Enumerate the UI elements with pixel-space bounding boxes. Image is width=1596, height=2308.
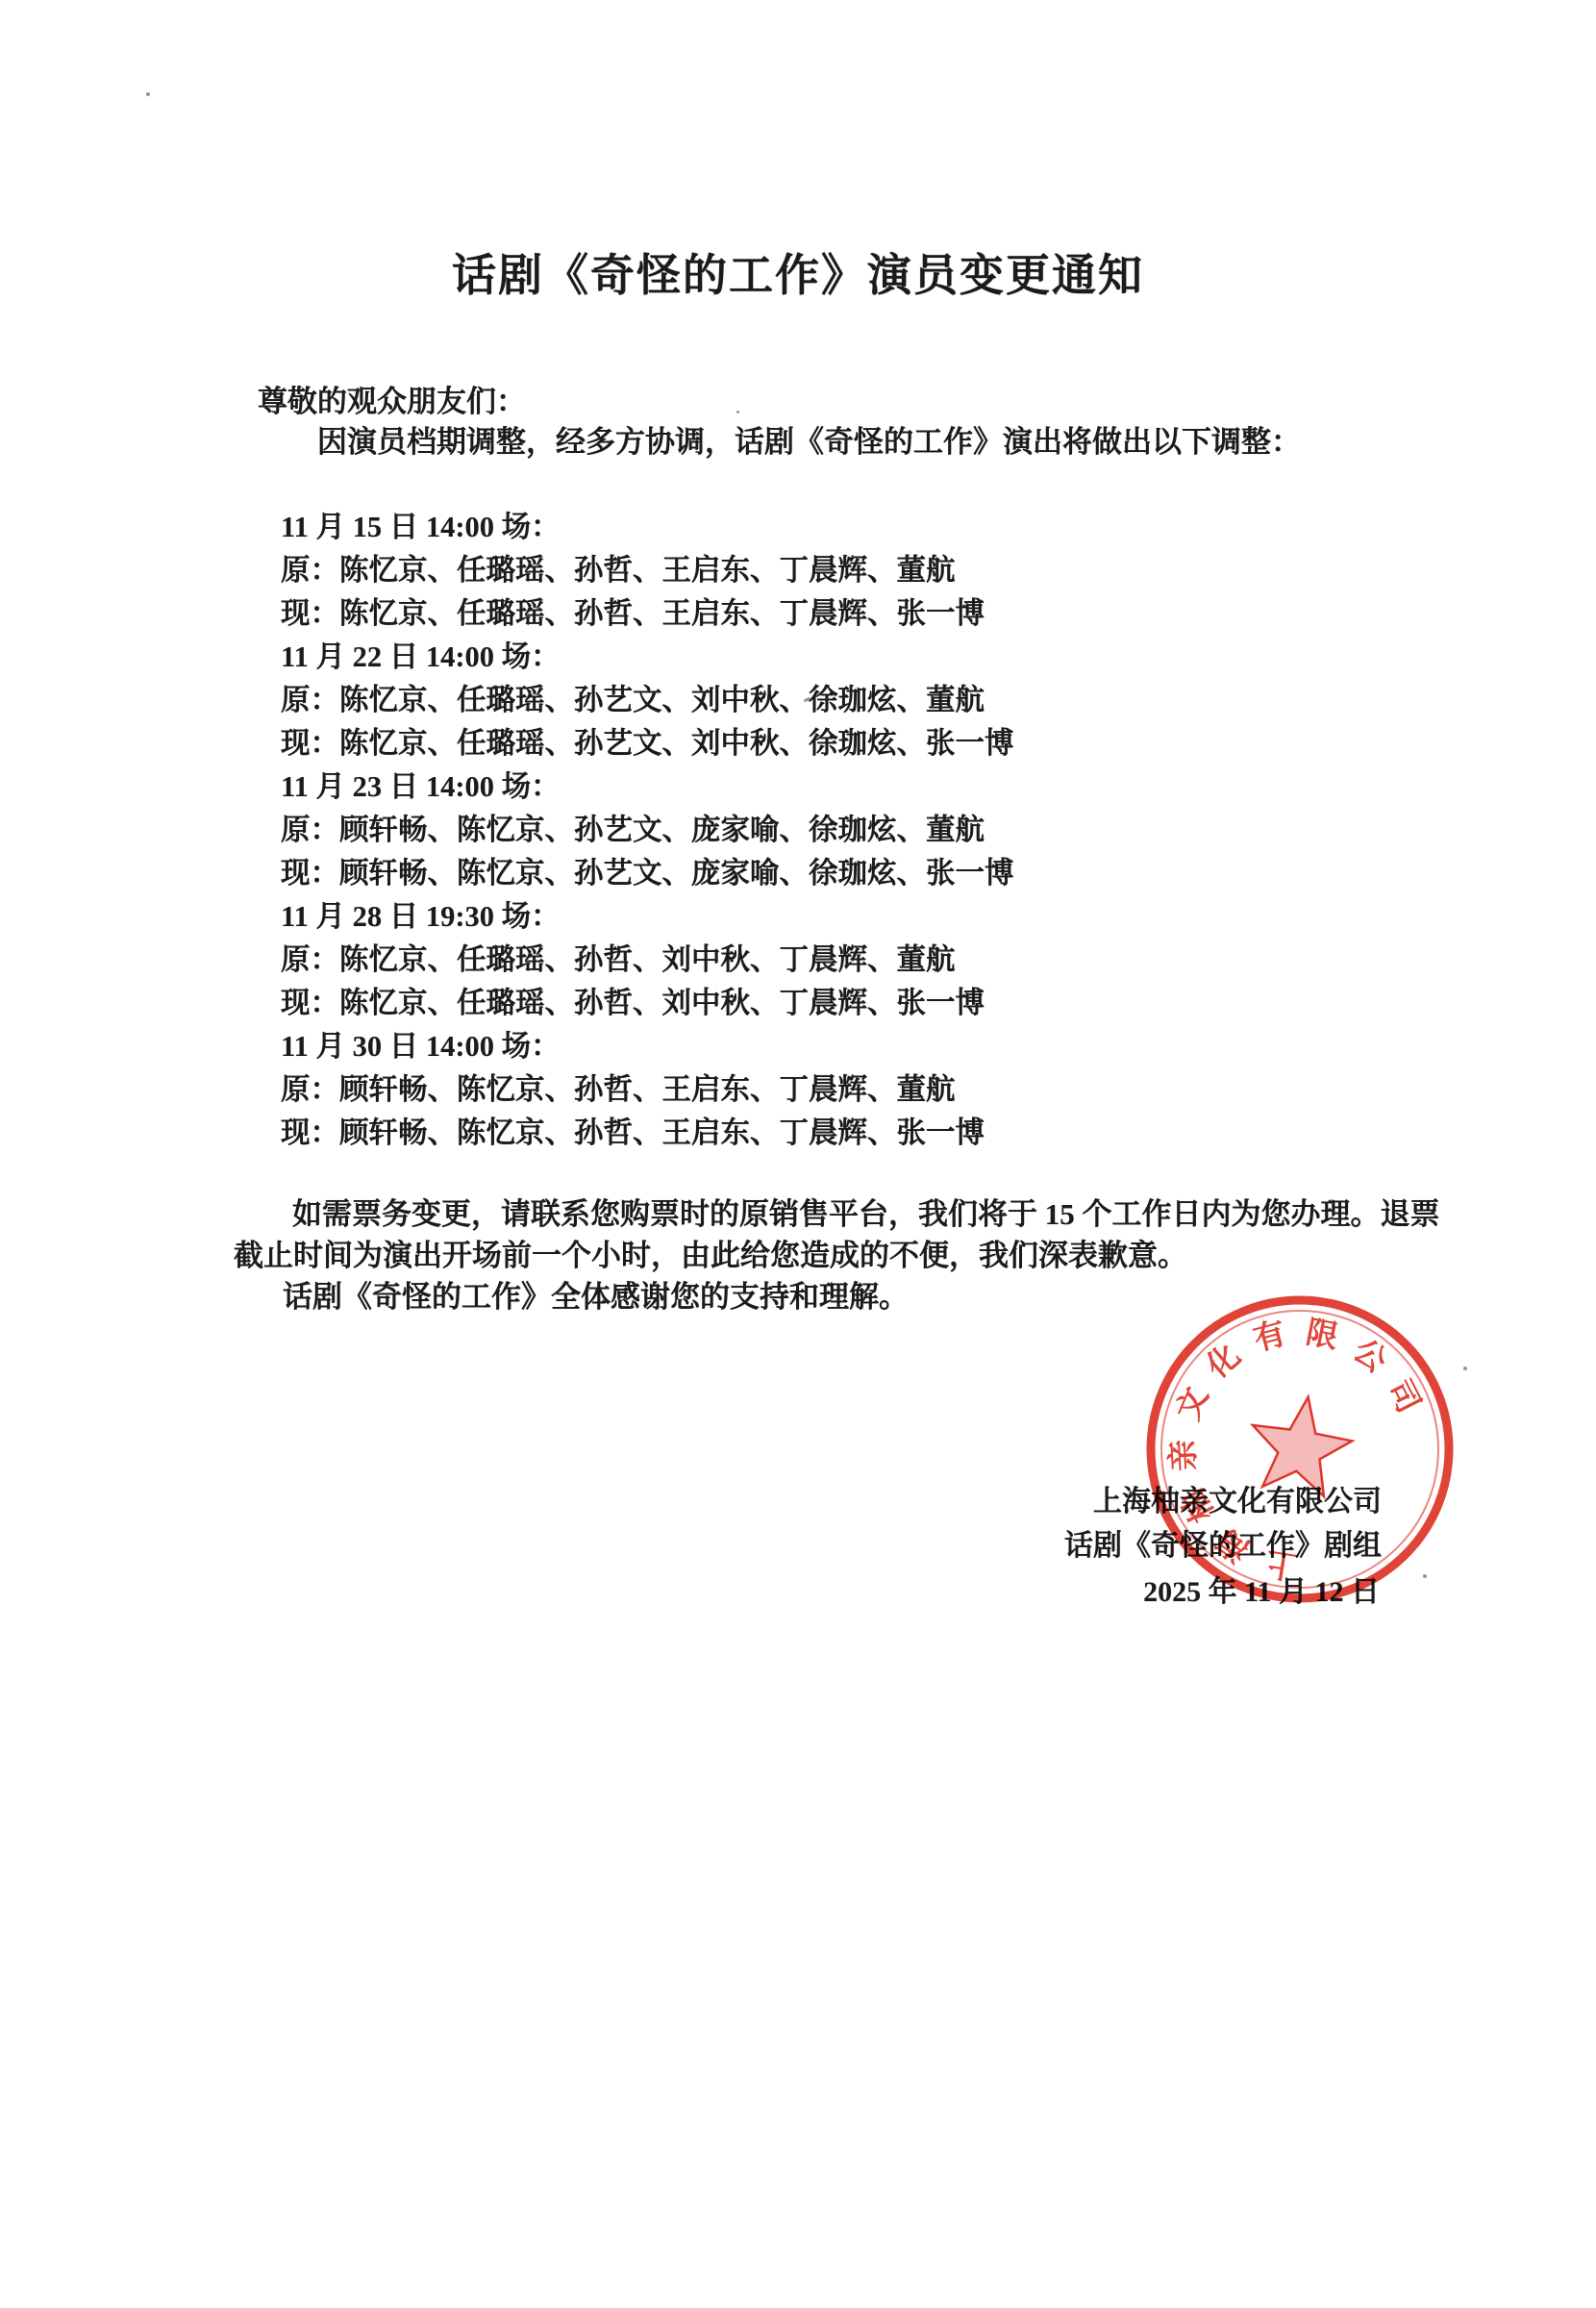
schedule-block: 11 月 23 日 14:00 场： 原：顾轩畅、陈忆京、孙艺文、庞家喻、徐珈炫… xyxy=(281,762,1014,891)
intro-line: 因演员档期调整，经多方协调，话剧《奇怪的工作》演出将做出以下调整： xyxy=(317,417,1301,461)
show-date-line: 11 月 28 日 19:30 场： xyxy=(281,891,1014,935)
current-cast-line: 现：顾轩畅、陈忆京、孙哲、王启东、丁晨辉、张一博 xyxy=(281,1108,1014,1151)
closing-line-3: 话剧《奇怪的工作》全体感谢您的支持和理解。 xyxy=(283,1272,909,1316)
seal-arc-char: 化 xyxy=(1199,1337,1247,1385)
current-cast-line: 现：顾轩畅、陈忆京、孙艺文、庞家喻、徐珈炫、张一博 xyxy=(281,848,1014,891)
original-cast-line: 原：陈忆京、任璐瑶、孙哲、刘中秋、丁晨辉、董航 xyxy=(281,935,1014,978)
seal-arc-char: 公 xyxy=(1347,1332,1394,1379)
current-cast-line: 现：陈忆京、任璐瑶、孙哲、刘中秋、丁晨辉、张一博 xyxy=(281,978,1014,1021)
current-cast-line: 现：陈忆京、任璐瑶、孙哲、王启东、丁晨辉、张一博 xyxy=(281,589,1014,632)
show-date-line: 11 月 30 日 14:00 场： xyxy=(281,1021,1014,1065)
schedule-block: 11 月 15 日 14:00 场： 原：陈忆京、任璐瑶、孙哲、王启东、丁晨辉、… xyxy=(281,502,1014,632)
scan-speck xyxy=(1463,1367,1467,1370)
seal-arc-char: 有 xyxy=(1250,1315,1289,1357)
cast-change-schedule: 11 月 15 日 14:00 场： 原：陈忆京、任璐瑶、孙哲、王启东、丁晨辉、… xyxy=(281,502,1014,1151)
original-cast-line: 原：陈忆京、任璐瑶、孙艺文、刘中秋、徐珈炫、董航 xyxy=(281,675,1014,718)
seal-arc-char: 海 xyxy=(1209,1521,1256,1568)
scan-speck xyxy=(1423,1574,1427,1578)
schedule-block: 11 月 30 日 14:00 场： 原：顾轩畅、陈忆京、孙哲、王启东、丁晨辉、… xyxy=(281,1021,1014,1151)
schedule-block: 11 月 22 日 14:00 场： 原：陈忆京、任璐瑶、孙艺文、刘中秋、徐珈炫… xyxy=(281,632,1014,762)
closing-line-1: 如需票务变更，请联系您购票时的原销售平台，我们将于 15 个工作日内为您办理。退… xyxy=(292,1190,1440,1233)
seal-star-icon xyxy=(1243,1389,1358,1499)
schedule-block: 11 月 28 日 19:30 场： 原：陈忆京、任璐瑶、孙哲、刘中秋、丁晨辉、… xyxy=(281,891,1014,1021)
scan-speck xyxy=(146,92,150,96)
original-cast-line: 原：陈忆京、任璐瑶、孙哲、王启东、丁晨辉、董航 xyxy=(281,545,1014,589)
notice-document-page: 话剧《奇怪的工作》演员变更通知 尊敬的观众朋友们： 因演员档期调整，经多方协调，… xyxy=(0,0,1596,2308)
scan-speck xyxy=(736,411,739,414)
show-date-line: 11 月 23 日 14:00 场： xyxy=(281,762,1014,805)
greeting-line: 尊敬的观众朋友们： xyxy=(258,377,526,420)
seal-arc-char: 亲 xyxy=(1164,1439,1202,1472)
show-date-line: 11 月 15 日 14:00 场： xyxy=(281,502,1014,545)
current-cast-line: 现：陈忆京、任璐瑶、孙艺文、刘中秋、徐珈炫、张一博 xyxy=(281,718,1014,762)
closing-line-2: 截止时间为演出开场前一个小时，由此给您造成的不便，我们深表歉意。 xyxy=(234,1231,1187,1274)
original-cast-line: 原：顾轩畅、陈忆京、孙哲、王启东、丁晨辉、董航 xyxy=(281,1065,1014,1108)
seal-arc-char: 上 xyxy=(1263,1545,1300,1586)
company-seal-stamp-icon: 上海柚亲文化有限公司 xyxy=(1136,1286,1463,1613)
show-date-line: 11 月 22 日 14:00 场： xyxy=(281,632,1014,675)
seal-arc-char: 限 xyxy=(1304,1314,1341,1355)
original-cast-line: 原：顾轩畅、陈忆京、孙艺文、庞家喻、徐珈炫、董航 xyxy=(281,805,1014,848)
document-title: 话剧《奇怪的工作》演员变更通知 xyxy=(0,240,1596,304)
